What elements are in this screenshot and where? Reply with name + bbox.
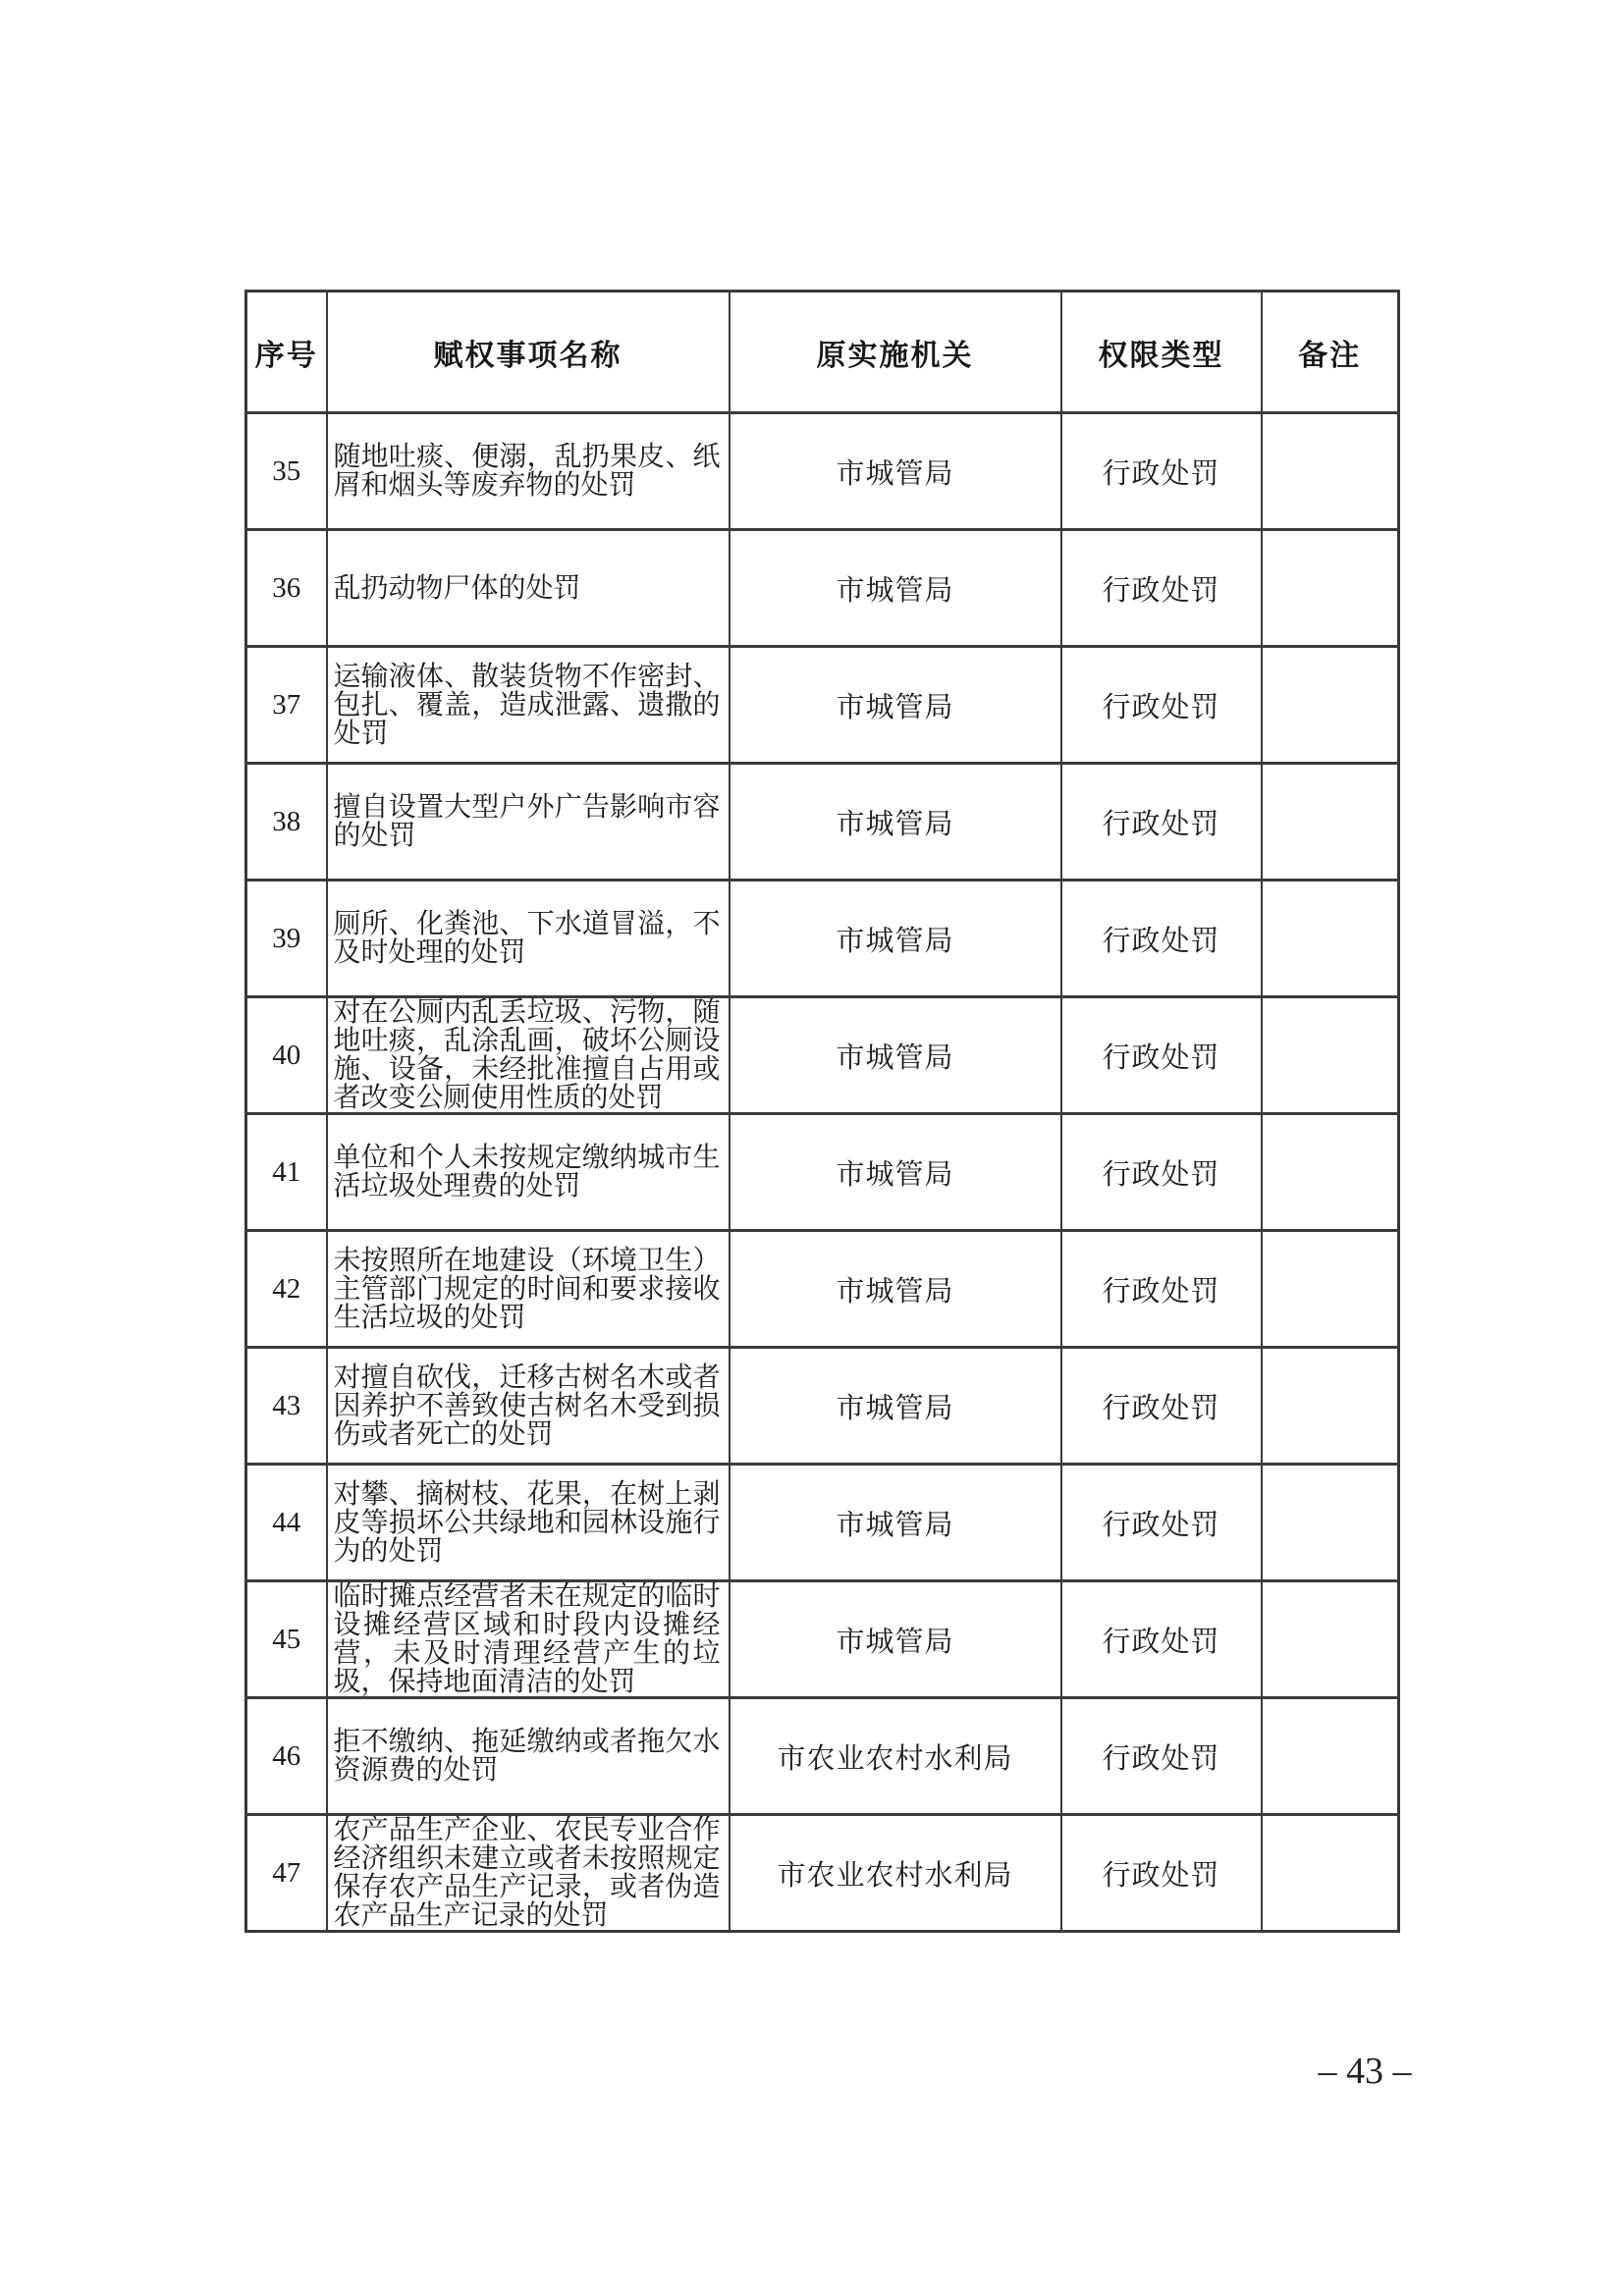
cell-no: 43 — [246, 1348, 327, 1465]
cell-agency: 市城管局 — [730, 1581, 1061, 1698]
cell-remark — [1262, 997, 1399, 1114]
cell-no: 39 — [246, 881, 327, 997]
cell-name: 拒不缴纳、拖延缴纳或者拖欠水资源费的处罚 — [327, 1698, 730, 1815]
cell-agency: 市城管局 — [730, 647, 1061, 764]
table-row: 42未按照所在地建设（环境卫生）主管部门规定的时间和要求接收生活垃圾的处罚市城管… — [246, 1231, 1399, 1348]
cell-remark — [1262, 764, 1399, 881]
cell-name: 乱扔动物尸体的处罚 — [327, 530, 730, 647]
cell-no: 45 — [246, 1581, 327, 1698]
cell-remark — [1262, 1465, 1399, 1581]
cell-agency: 市城管局 — [730, 413, 1061, 530]
cell-remark — [1262, 1114, 1399, 1231]
cell-agency: 市城管局 — [730, 1348, 1061, 1465]
table-row: 44对攀、摘树枝、花果，在树上剥皮等损坏公共绿地和园林设施行为的处罚市城管局行政… — [246, 1465, 1399, 1581]
cell-type: 行政处罚 — [1061, 881, 1262, 997]
cell-name: 未按照所在地建设（环境卫生）主管部门规定的时间和要求接收生活垃圾的处罚 — [327, 1231, 730, 1348]
table-row: 41单位和个人未按规定缴纳城市生活垃圾处理费的处罚市城管局行政处罚 — [246, 1114, 1399, 1231]
cell-type: 行政处罚 — [1061, 1114, 1262, 1231]
cell-no: 36 — [246, 530, 327, 647]
cell-type: 行政处罚 — [1061, 1465, 1262, 1581]
cell-no: 40 — [246, 997, 327, 1114]
table-row: 43对擅自砍伐，迁移古树名木或者因养护不善致使古树名木受到损伤或者死亡的处罚市城… — [246, 1348, 1399, 1465]
authorization-table: 序号 赋权事项名称 原实施机关 权限类型 备注 35随地吐痰、便溺，乱扔果皮、纸… — [244, 290, 1400, 1933]
cell-no: 44 — [246, 1465, 327, 1581]
document-page: 序号 赋权事项名称 原实施机关 权限类型 备注 35随地吐痰、便溺，乱扔果皮、纸… — [0, 0, 1624, 2296]
header-row: 序号 赋权事项名称 原实施机关 权限类型 备注 — [246, 292, 1399, 413]
cell-remark — [1262, 1231, 1399, 1348]
table-row: 47农产品生产企业、农民专业合作经济组织未建立或者未按照规定保存农产品生产记录，… — [246, 1815, 1399, 1932]
cell-type: 行政处罚 — [1061, 764, 1262, 881]
column-header-remark: 备注 — [1262, 292, 1399, 413]
cell-name: 临时摊点经营者未在规定的临时设摊经营区域和时段内设摊经营，未及时清理经营产生的垃… — [327, 1581, 730, 1698]
cell-remark — [1262, 530, 1399, 647]
cell-type: 行政处罚 — [1061, 530, 1262, 647]
cell-type: 行政处罚 — [1061, 1698, 1262, 1815]
cell-agency: 市城管局 — [730, 881, 1061, 997]
cell-agency: 市城管局 — [730, 1114, 1061, 1231]
cell-name: 运输液体、散装货物不作密封、包扎、覆盖，造成泄露、遗撒的处罚 — [327, 647, 730, 764]
table-row: 40对在公厕内乱丢垃圾、污物，随地吐痰，乱涂乱画，破坏公厕设施、设备，未经批准擅… — [246, 997, 1399, 1114]
cell-no: 42 — [246, 1231, 327, 1348]
cell-remark — [1262, 1815, 1399, 1932]
cell-no: 37 — [246, 647, 327, 764]
cell-type: 行政处罚 — [1061, 1348, 1262, 1465]
cell-type: 行政处罚 — [1061, 647, 1262, 764]
cell-agency: 市城管局 — [730, 764, 1061, 881]
cell-remark — [1262, 1348, 1399, 1465]
table-body: 35随地吐痰、便溺，乱扔果皮、纸屑和烟头等废弃物的处罚市城管局行政处罚36乱扔动… — [246, 413, 1399, 1932]
cell-agency: 市城管局 — [730, 1465, 1061, 1581]
cell-agency: 市农业农村水利局 — [730, 1698, 1061, 1815]
table-row: 45临时摊点经营者未在规定的临时设摊经营区域和时段内设摊经营，未及时清理经营产生… — [246, 1581, 1399, 1698]
cell-no: 46 — [246, 1698, 327, 1815]
table-row: 38擅自设置大型户外广告影响市容的处罚市城管局行政处罚 — [246, 764, 1399, 881]
cell-type: 行政处罚 — [1061, 413, 1262, 530]
cell-agency: 市城管局 — [730, 1231, 1061, 1348]
cell-name: 对擅自砍伐，迁移古树名木或者因养护不善致使古树名木受到损伤或者死亡的处罚 — [327, 1348, 730, 1465]
table-header: 序号 赋权事项名称 原实施机关 权限类型 备注 — [246, 292, 1399, 413]
cell-agency: 市农业农村水利局 — [730, 1815, 1061, 1932]
cell-remark — [1262, 1698, 1399, 1815]
cell-name: 对攀、摘树枝、花果，在树上剥皮等损坏公共绿地和园林设施行为的处罚 — [327, 1465, 730, 1581]
cell-name: 厕所、化粪池、下水道冒溢，不及时处理的处罚 — [327, 881, 730, 997]
cell-type: 行政处罚 — [1061, 1815, 1262, 1932]
cell-name: 擅自设置大型户外广告影响市容的处罚 — [327, 764, 730, 881]
cell-no: 41 — [246, 1114, 327, 1231]
page-number: – 43 – — [1276, 2050, 1453, 2093]
table-row: 36乱扔动物尸体的处罚市城管局行政处罚 — [246, 530, 1399, 647]
column-header-agency: 原实施机关 — [730, 292, 1061, 413]
cell-name: 随地吐痰、便溺，乱扔果皮、纸屑和烟头等废弃物的处罚 — [327, 413, 730, 530]
cell-no: 35 — [246, 413, 327, 530]
cell-no: 38 — [246, 764, 327, 881]
cell-name: 单位和个人未按规定缴纳城市生活垃圾处理费的处罚 — [327, 1114, 730, 1231]
cell-type: 行政处罚 — [1061, 1581, 1262, 1698]
cell-remark — [1262, 413, 1399, 530]
cell-name: 对在公厕内乱丢垃圾、污物，随地吐痰，乱涂乱画，破坏公厕设施、设备，未经批准擅自占… — [327, 997, 730, 1114]
cell-remark — [1262, 1581, 1399, 1698]
cell-no: 47 — [246, 1815, 327, 1932]
column-header-type: 权限类型 — [1061, 292, 1262, 413]
table-row: 37运输液体、散装货物不作密封、包扎、覆盖，造成泄露、遗撒的处罚市城管局行政处罚 — [246, 647, 1399, 764]
cell-type: 行政处罚 — [1061, 1231, 1262, 1348]
cell-agency: 市城管局 — [730, 530, 1061, 647]
cell-name: 农产品生产企业、农民专业合作经济组织未建立或者未按照规定保存农产品生产记录，或者… — [327, 1815, 730, 1932]
cell-remark — [1262, 647, 1399, 764]
table-row: 39厕所、化粪池、下水道冒溢，不及时处理的处罚市城管局行政处罚 — [246, 881, 1399, 997]
cell-remark — [1262, 881, 1399, 997]
cell-agency: 市城管局 — [730, 997, 1061, 1114]
column-header-name: 赋权事项名称 — [327, 292, 730, 413]
cell-type: 行政处罚 — [1061, 997, 1262, 1114]
table-row: 46拒不缴纳、拖延缴纳或者拖欠水资源费的处罚市农业农村水利局行政处罚 — [246, 1698, 1399, 1815]
column-header-no: 序号 — [246, 292, 327, 413]
table-row: 35随地吐痰、便溺，乱扔果皮、纸屑和烟头等废弃物的处罚市城管局行政处罚 — [246, 413, 1399, 530]
